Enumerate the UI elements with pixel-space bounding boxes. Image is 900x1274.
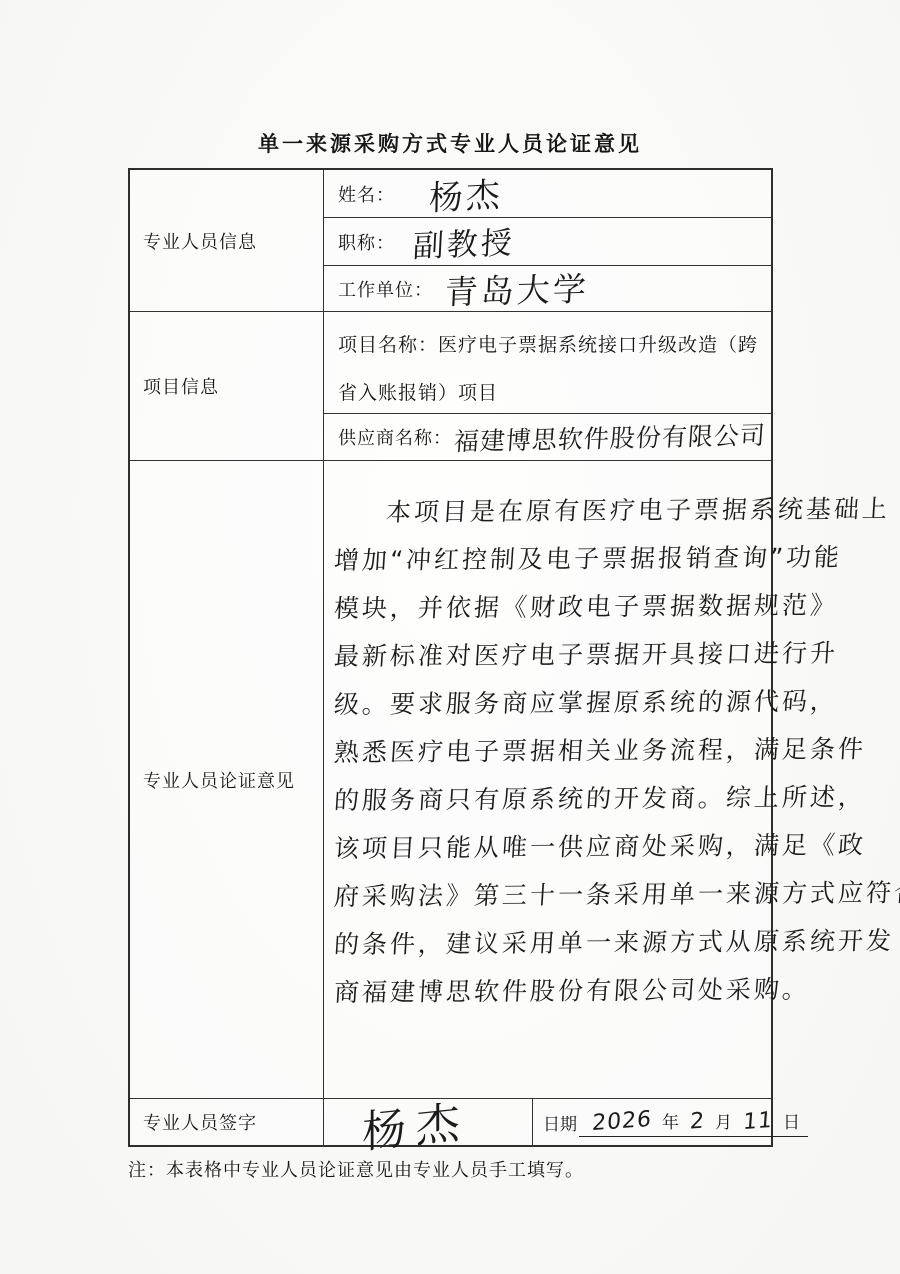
signature-label: 专业人员签字 <box>130 1099 324 1145</box>
signature-section: 专业人员签字 杨杰 日期 2026 年 2 月 11 日 <box>130 1098 771 1145</box>
personnel-section: 专业人员信息 姓名： 杨杰 职称： 副教授 工作单位： 青岛大学 <box>130 170 771 311</box>
opinion-line: 熟悉医疗电子票据相关业务流程，满足条件 <box>332 725 900 777</box>
opinion-line: 本项目是在原有医疗电子票据系统基础上 <box>332 485 900 537</box>
signature-cell: 杨杰 <box>324 1099 533 1145</box>
supplier-handwritten-value: 福建博思软件股份有限公司 <box>453 416 767 459</box>
personnel-fields: 姓名： 杨杰 职称： 副教授 工作单位： 青岛大学 <box>324 170 771 311</box>
title-label: 职称： <box>338 229 395 255</box>
opinion-line: 级。要求服务商应掌握原系统的源代码， <box>332 677 900 729</box>
unit-handwritten-value: 青岛大学 <box>444 263 590 314</box>
opinion-line: 增加“冲红控制及电子票据报销查询”功能 <box>332 533 900 585</box>
opinion-line: 模块，并依据《财政电子票据数据规范》 <box>332 581 900 633</box>
name-handwritten-value: 杨杰 <box>429 167 504 220</box>
title-row: 职称： 副教授 <box>324 217 771 265</box>
date-month-unit: 月 <box>715 1108 733 1133</box>
name-row: 姓名： 杨杰 <box>324 170 771 217</box>
date-cell: 日期 2026 年 2 月 11 日 <box>533 1099 808 1145</box>
opinion-line: 商福建博思软件股份有限公司处采购。 <box>332 965 900 1017</box>
personnel-section-label: 专业人员信息 <box>130 170 324 311</box>
date-day-unit: 日 <box>783 1108 801 1133</box>
opinion-section: 专业人员论证意见 本项目是在原有医疗电子票据系统基础上 增加“冲红控制及电子票据… <box>130 460 771 1098</box>
date-month-handwritten: 2 <box>689 1108 706 1134</box>
signature-handwritten-value: 杨杰 <box>362 1085 469 1161</box>
page-title: 单一来源采购方式专业人员论证意见 <box>0 128 900 158</box>
opinion-line: 的服务商只有原系统的开发商。综上所述， <box>332 773 900 825</box>
opinion-line: 该项目只能从唯一供应商处采购，满足《政 <box>332 821 900 873</box>
project-section-label: 项目信息 <box>130 312 324 460</box>
project-name-cell: 项目名称：医疗电子票据系统接口升级改造（跨省入账报销）项目 <box>324 312 771 413</box>
opinion-section-label: 专业人员论证意见 <box>130 461 324 1098</box>
form-table: 专业人员信息 姓名： 杨杰 职称： 副教授 工作单位： 青岛大学 项目信息 <box>128 168 773 1147</box>
unit-label: 工作单位： <box>338 276 433 302</box>
project-section: 项目信息 项目名称：医疗电子票据系统接口升级改造（跨省入账报销）项目 供应商名称… <box>130 311 771 460</box>
date-year-unit: 年 <box>662 1108 680 1133</box>
date-day-handwritten: 11 <box>742 1107 774 1134</box>
supplier-label: 供应商名称： <box>338 424 452 450</box>
title-handwritten-value: 副教授 <box>412 217 516 266</box>
opinion-field: 本项目是在原有医疗电子票据系统基础上 增加“冲红控制及电子票据报销查询”功能 模… <box>324 461 900 1098</box>
opinion-line: 府采购法》第三十一条采用单一来源方式应符合 <box>332 869 900 921</box>
opinion-handwritten-text: 本项目是在原有医疗电子票据系统基础上 增加“冲红控制及电子票据报销查询”功能 模… <box>324 461 900 1098</box>
date-label: 日期 <box>543 1110 577 1135</box>
project-fields: 项目名称：医疗电子票据系统接口升级改造（跨省入账报销）项目 供应商名称： 福建博… <box>324 312 771 460</box>
opinion-line: 的条件，建议采用单一来源方式从原系统开发 <box>332 917 900 969</box>
date-filled-line: 2026 年 2 月 11 日 <box>579 1108 808 1137</box>
scanned-document-page: 单一来源采购方式专业人员论证意见 专业人员信息 姓名： 杨杰 职称： 副教授 工… <box>0 0 900 1274</box>
supplier-row: 供应商名称： 福建博思软件股份有限公司 <box>324 413 771 460</box>
date-year-handwritten: 2026 <box>591 1106 653 1135</box>
footnote: 注：本表格中专业人员论证意见由专业人员手工填写。 <box>128 1156 584 1182</box>
opinion-line: 最新标准对医疗电子票据开具接口进行升 <box>332 629 900 681</box>
unit-row: 工作单位： 青岛大学 <box>324 265 771 311</box>
name-label: 姓名： <box>338 181 395 207</box>
